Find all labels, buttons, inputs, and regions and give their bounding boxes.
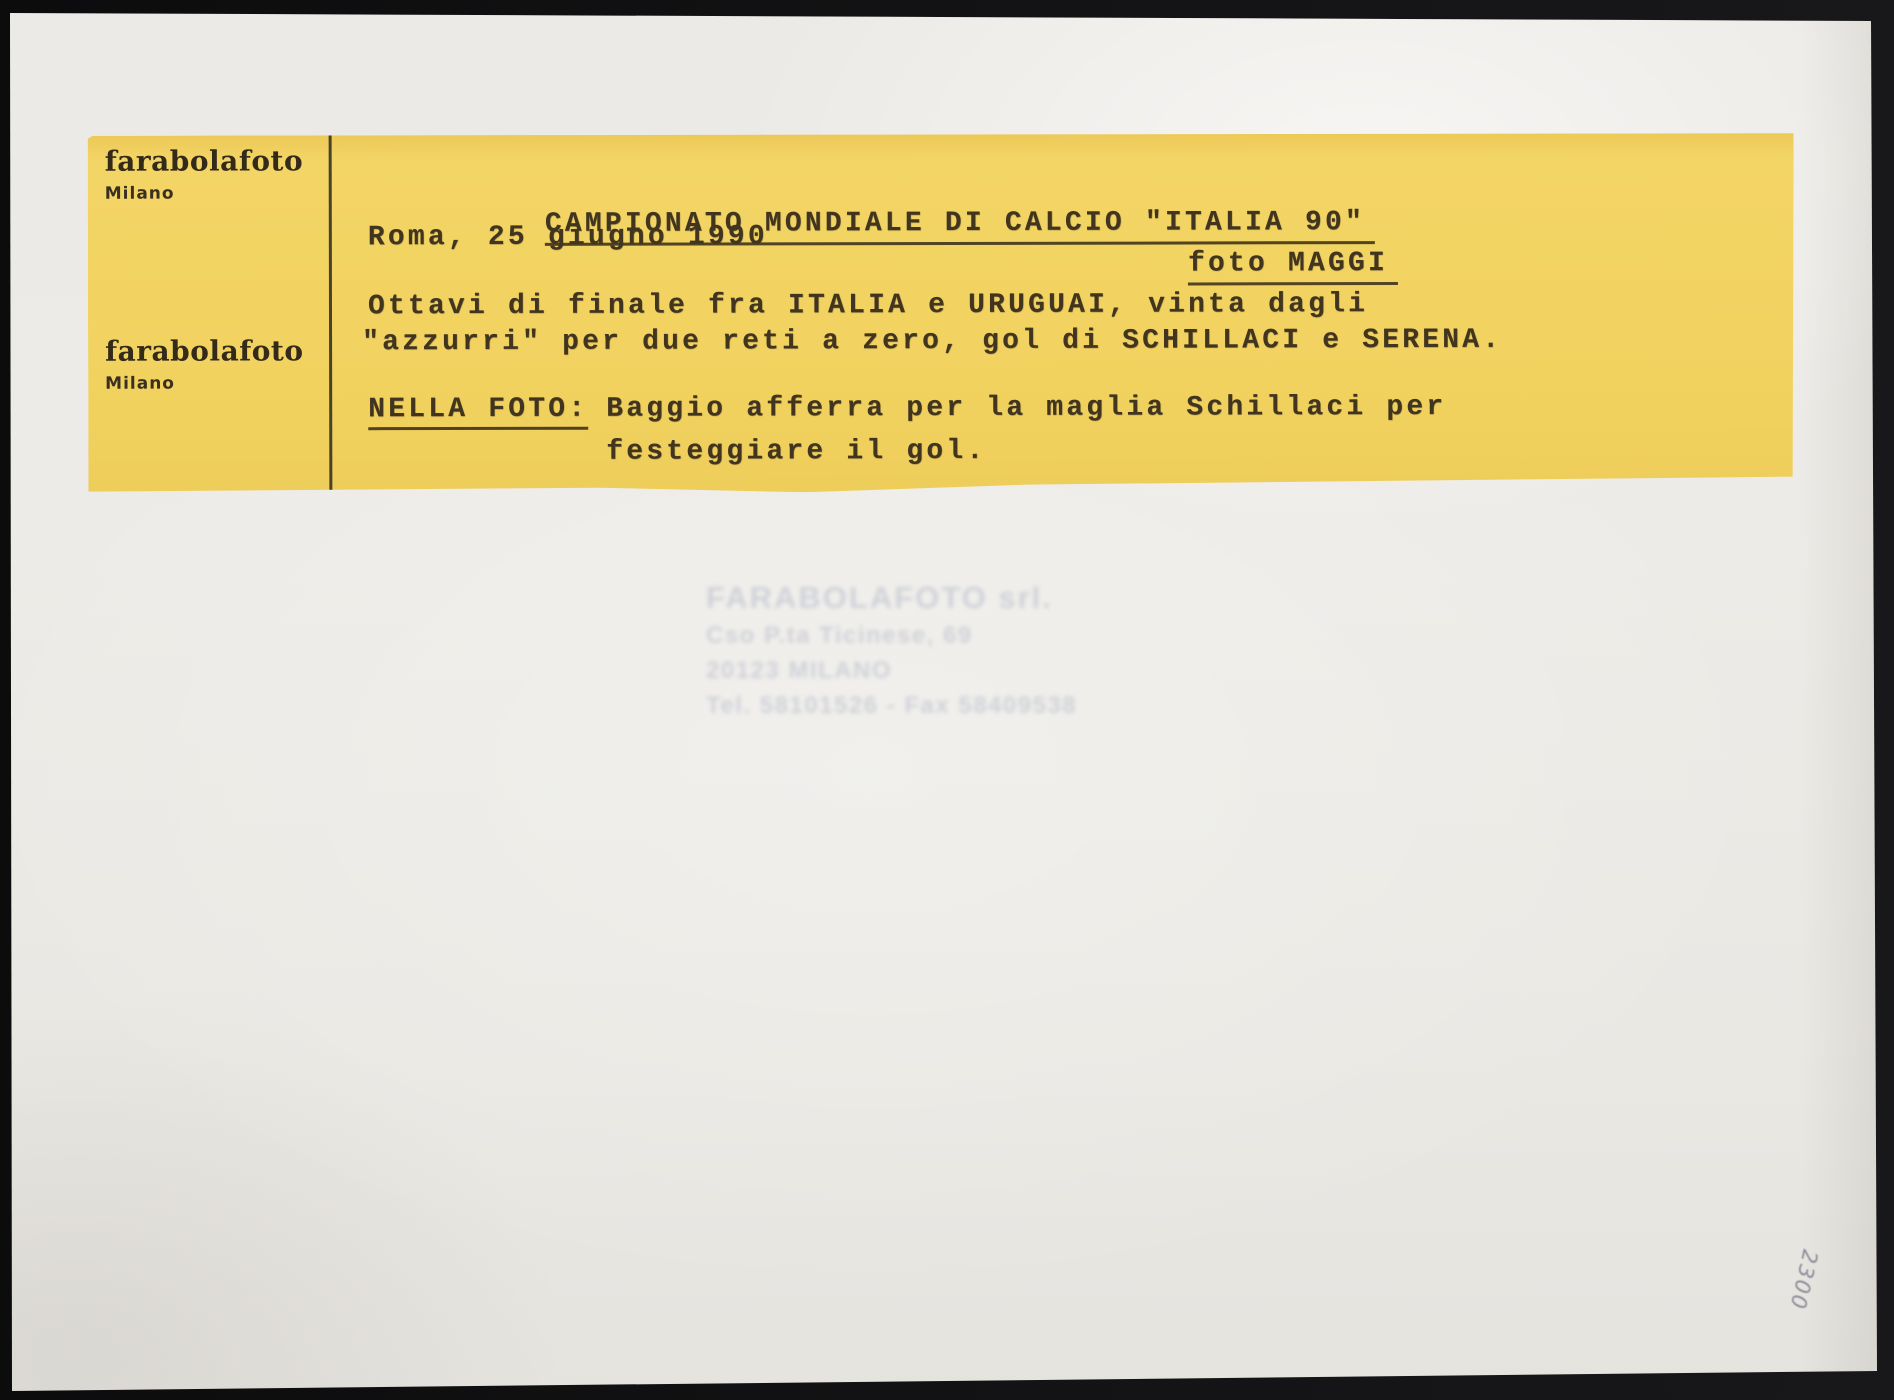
photo-paper: FARABOLAFOTO srl. Cso P.ta Ticinese, 69 … <box>0 0 1894 1400</box>
stamp-address-line: Cso P.ta Ticinese, 69 <box>706 624 1077 648</box>
caption-dateline: Roma, 25 giugno 1990 <box>368 223 768 252</box>
agency-city: Milano <box>105 185 303 202</box>
label-divider-line <box>329 135 333 493</box>
caption-photo-line1: Baggio afferra per la maglia Schillaci p… <box>606 394 1446 430</box>
stamp-company-line: FARABOLAFOTO srl. <box>706 582 1077 613</box>
agency-city: Milano <box>105 375 303 392</box>
nella-foto-label: NELLA FOTO: <box>368 396 588 430</box>
agency-name: farabolafoto <box>105 337 304 365</box>
caption-photo-line2: festeggiare il gol. <box>606 438 986 467</box>
agency-name: farabolafoto <box>105 147 304 175</box>
caption-label: farabolafoto Milano farabolafoto Milano … <box>88 132 1795 494</box>
photo-credit-text: foto MAGGI <box>1188 248 1398 285</box>
stamp-phone-line: Tel. 58101526 - Fax 58409538 <box>706 694 1077 718</box>
stamp-city-line: 20123 MILANO <box>706 659 1077 683</box>
archive-number: 2300 <box>1785 1247 1822 1312</box>
caption-photo-row: NELLA FOTO: Baggio afferra per la maglia… <box>368 394 1446 430</box>
agency-logo-bottom: farabolafoto Milano <box>105 337 304 392</box>
agency-stamp: FARABOLAFOTO srl. Cso P.ta Ticinese, 69 … <box>706 582 1077 718</box>
caption-body-line2: "azzurri" per due reti a zero, gol di SC… <box>362 327 1502 357</box>
photo-back-scan: FARABOLAFOTO srl. Cso P.ta Ticinese, 69 … <box>0 0 1894 1400</box>
agency-logo-top: farabolafoto Milano <box>105 147 304 202</box>
caption-body-line1: Ottavi di finale fra ITALIA e URUGUAI, v… <box>368 291 1368 321</box>
